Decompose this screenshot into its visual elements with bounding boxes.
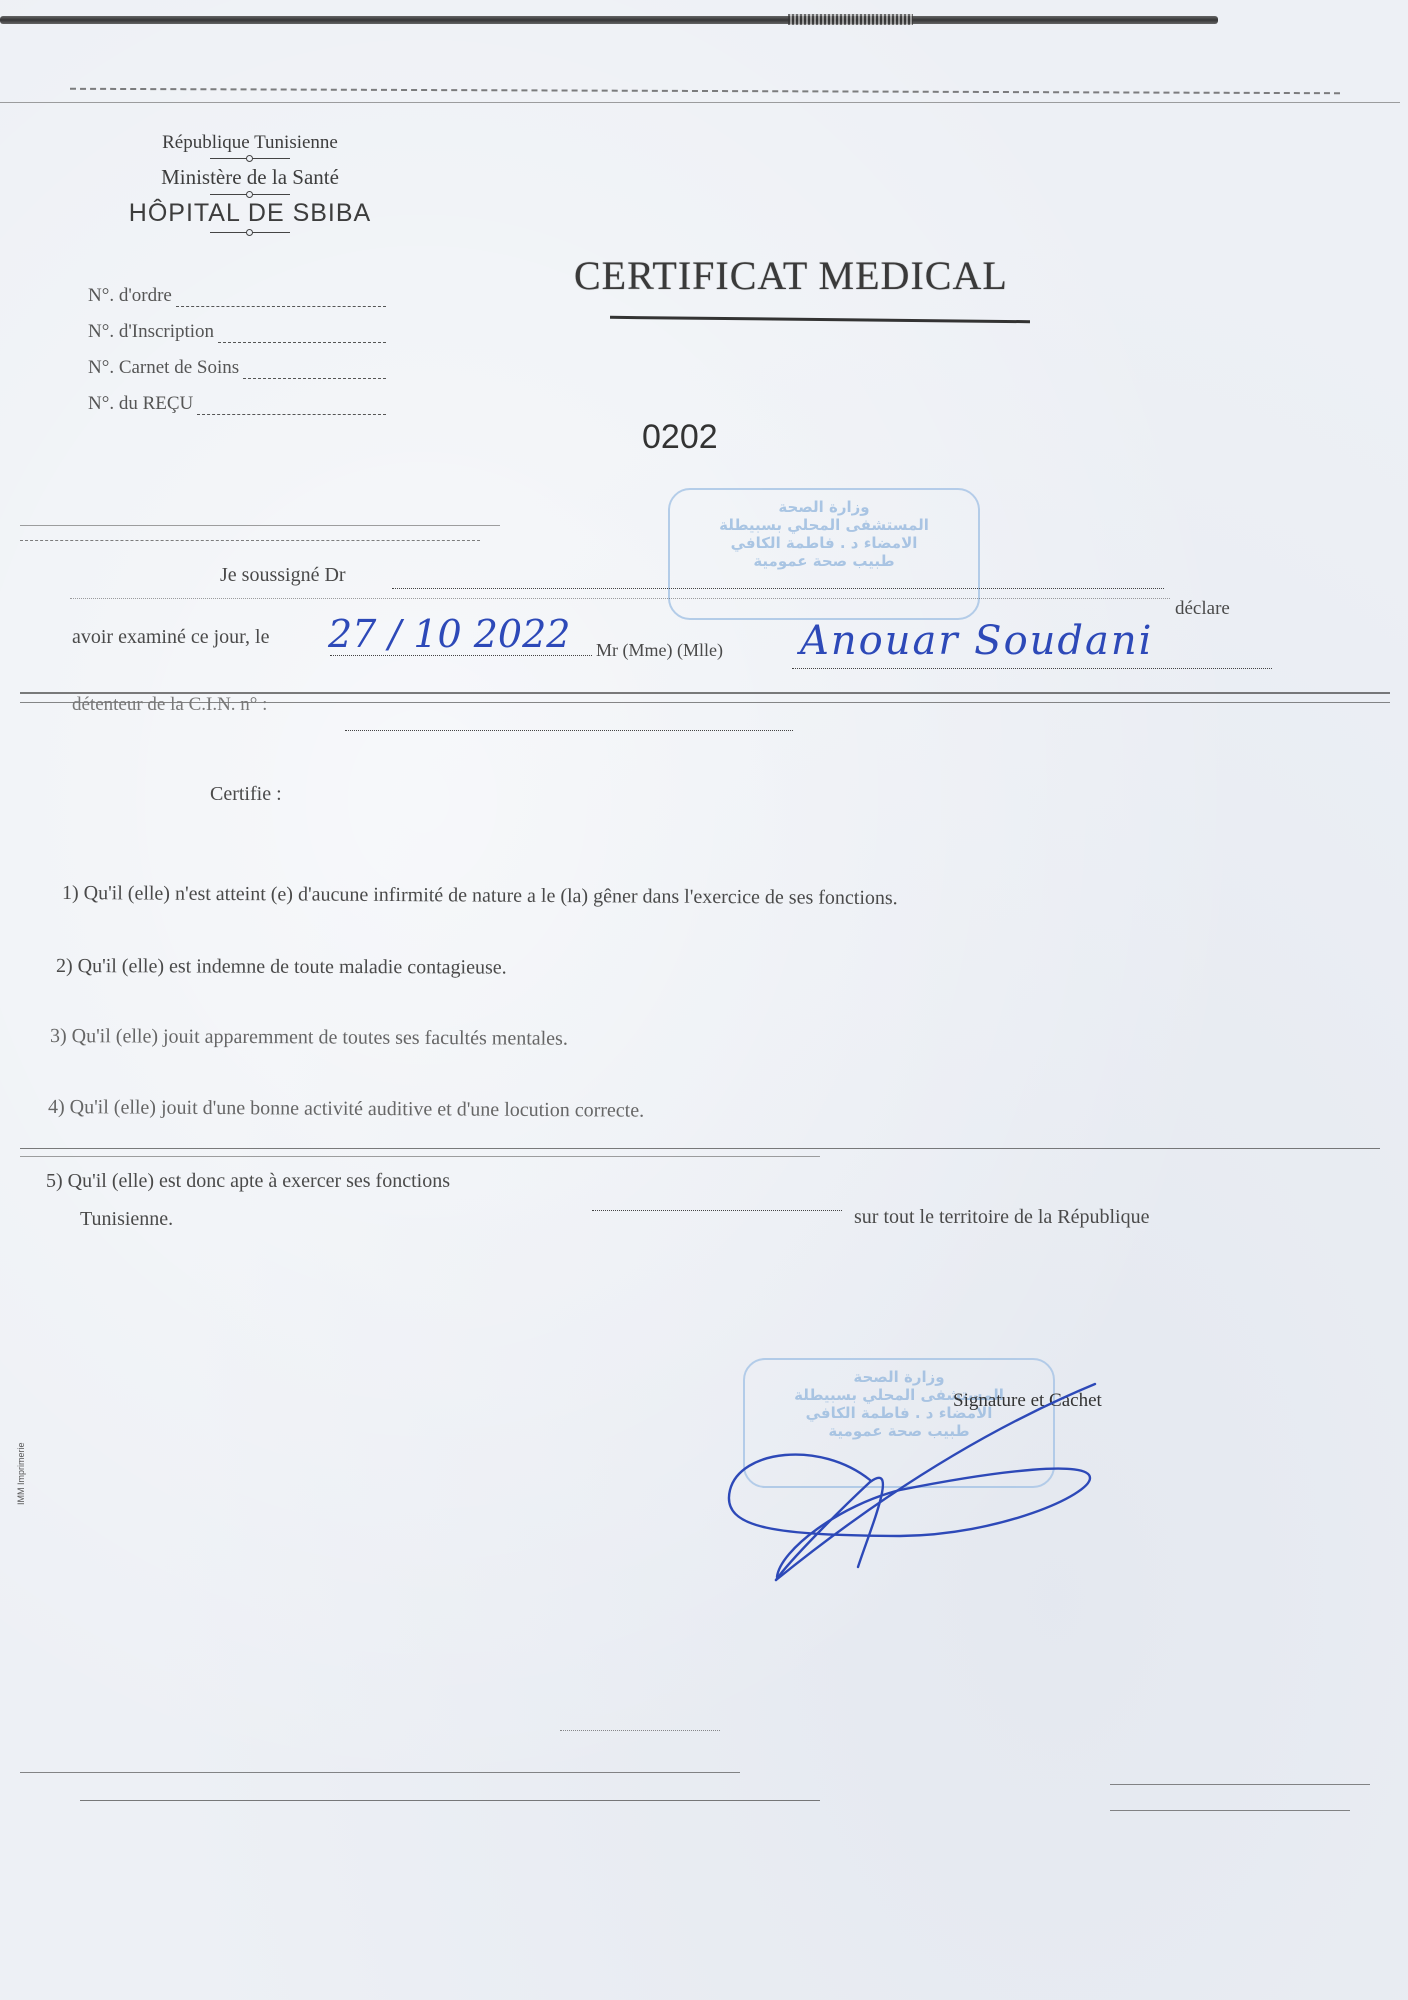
margin-print-code: IMM Imprimerie <box>16 1395 26 1505</box>
scan-artifact-line <box>20 1772 740 1773</box>
scan-artifact-line <box>1110 1810 1350 1811</box>
scan-artifact-line <box>560 1730 720 1731</box>
scan-artifact-line <box>80 1800 820 1801</box>
scan-artifact-line <box>1110 1784 1370 1785</box>
doctor-signature <box>0 0 1408 2000</box>
